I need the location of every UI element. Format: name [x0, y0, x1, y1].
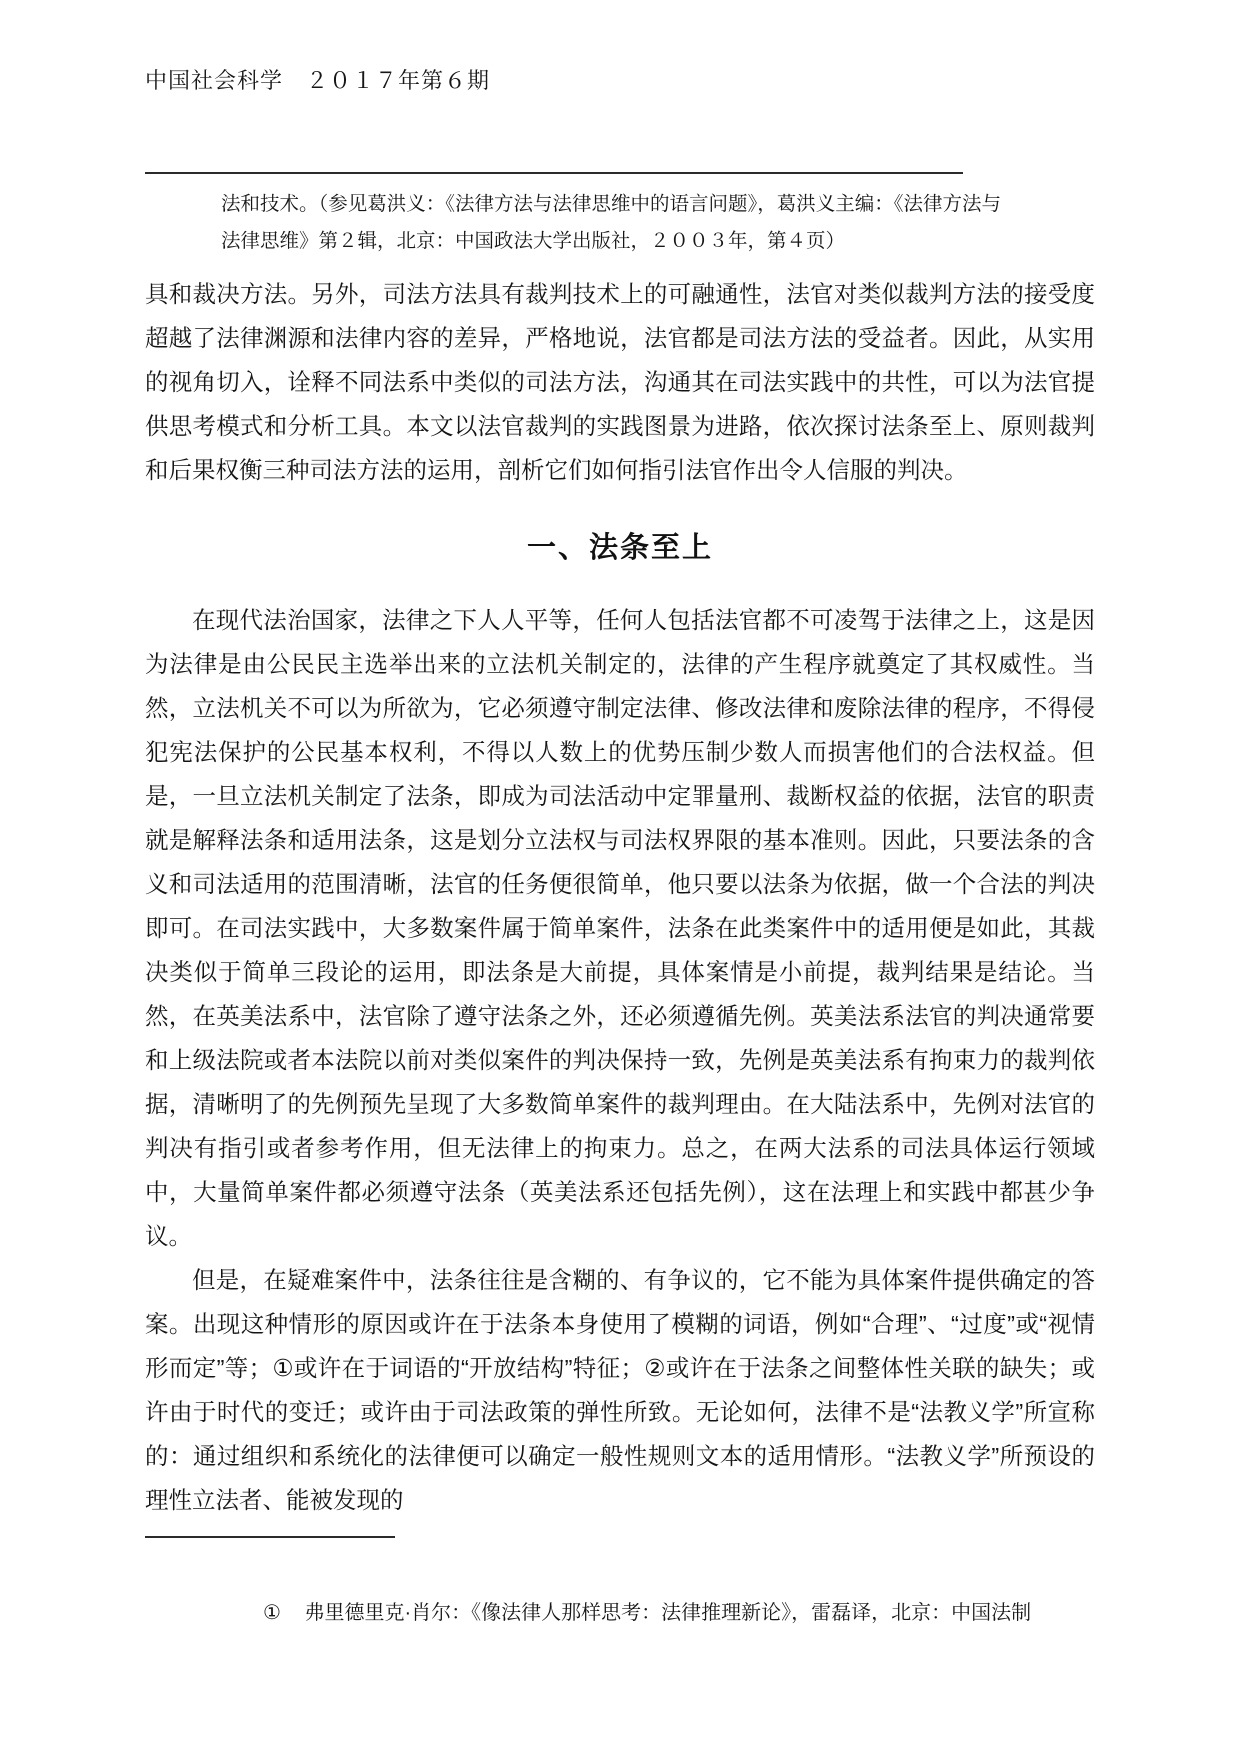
article-body: 具和裁决方法。另外，司法方法具有裁判技术上的可融通性，法官对类似裁判方法的接受度… — [145, 272, 1095, 1522]
journal-title-issue: 中国社会科学 ２０１７年第６期 — [145, 68, 490, 93]
journal-header: 中国社会科学 ２０１７年第６期 — [145, 68, 1095, 94]
title-note-line: 法律思维》第２辑，北京：中国政法大学出版社，２００３年，第４页） — [221, 223, 1095, 260]
footnote-text: 弗里德里克·肖尔：《像法律人那样思考：法律推理新论》，雷磊译，北京：中国法制 — [305, 1602, 1032, 1624]
footnote-item: ① 弗里德里克·肖尔：《像法律人那样思考：法律推理新论》，雷磊译，北京：中国法制 — [263, 1598, 1095, 1628]
paragraph-continuation: 具和裁决方法。另外，司法方法具有裁判技术上的可融通性，法官对类似裁判方法的接受度… — [145, 272, 1095, 492]
section-heading: 一、法条至上 — [145, 528, 1095, 568]
paragraph: 在现代法治国家，法律之下人人平等，任何人包括法官都不可凌驾于法律之上，这是因为法… — [145, 598, 1095, 1258]
document-page: 中国社会科学 ２０１７年第６期 法和技术。（参见葛洪义：《法律方法与法律思维中的… — [0, 0, 1240, 1754]
title-note: 法和技术。（参见葛洪义：《法律方法与法律思维中的语言问题》，葛洪义主编：《法律方… — [221, 186, 1095, 260]
title-note-separator-line — [145, 172, 963, 174]
footnote-marker: ① — [263, 1602, 281, 1624]
footnote-separator-line — [145, 1536, 395, 1538]
paragraph: 但是，在疑难案件中，法条往往是含糊的、有争议的，它不能为具体案件提供确定的答案。… — [145, 1258, 1095, 1522]
title-note-line: 法和技术。（参见葛洪义：《法律方法与法律思维中的语言问题》，葛洪义主编：《法律方… — [221, 186, 1095, 223]
